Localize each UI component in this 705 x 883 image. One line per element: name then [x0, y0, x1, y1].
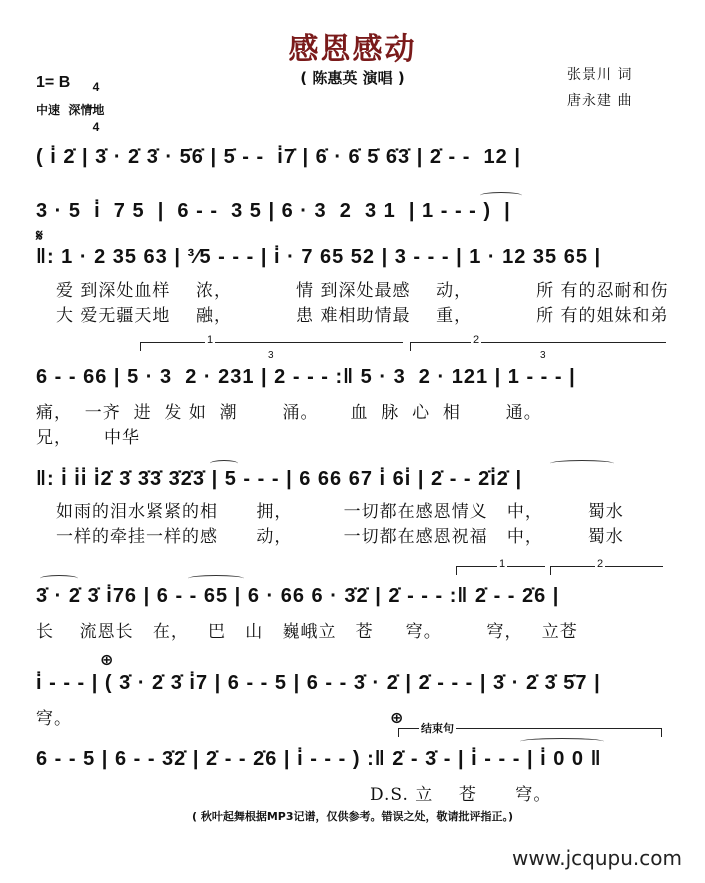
volta-bracket-1: 1 — [456, 566, 545, 575]
lyric-line-chorus-1b: 一样的牵挂一样的感 动， 一切都在感恩祝福 中， 蜀水 — [56, 522, 624, 547]
volta-bracket-2: 2 — [410, 342, 666, 351]
notation-line-intro-2: 3 · 5 i̇ 7 5 | 6 - - 3 5 | 6 · 3 2 3 1 |… — [36, 200, 511, 223]
time-signature-bottom: 4 — [93, 120, 100, 134]
lyric-line-chorus-2: 长 流恩长 在， 巴 山 巍峨立 苍 穹。 穹， 立苍 — [36, 617, 578, 642]
triplet-mark-1: 3 — [268, 350, 274, 361]
key-signature: 1= B — [36, 74, 70, 92]
ending-bracket: 结束句 — [398, 728, 662, 737]
lyric-line-coda-2: D.S. 立 苍 穹。 — [370, 780, 551, 805]
volta-bracket-2: 2 — [550, 566, 663, 575]
notation-line-chorus-2: 3̇ · 2̇ 3̇ i̇76 | 6 - - 65 | 6 · 66 6 · … — [36, 585, 559, 608]
song-title: 感恩感动 — [0, 24, 705, 68]
tie-slur — [210, 460, 238, 467]
notation-line-verse-1: ‖: 1 · 2 35 63 | ³⁄5 - - - | i̇ · 7 65 5… — [36, 246, 601, 269]
composer-credit: 唐永建 曲 — [567, 90, 632, 110]
lyric-line-verse-2a: 痛， 一齐 进 发 如 潮 涌。 血 脉 心 相 通。 — [36, 398, 542, 423]
tie-slur — [520, 738, 604, 745]
lyricist-credit: 张景川 词 — [567, 64, 632, 84]
notation-line-coda-1: i̇ - - - | ( 3̇ · 2̇ 3̇ i̇7 | 6 - - 5 | … — [36, 672, 601, 695]
coda-icon: ⊕ — [390, 708, 403, 728]
site-watermark: www.jcqupu.com — [512, 846, 682, 870]
tempo-marking: 中速 深情地 — [36, 101, 104, 118]
tie-slur — [188, 575, 244, 582]
notation-line-coda-2: 6 - - 5 | 6 - - 3̇2̇ | 2̇ - - 2̇6 | i̇ -… — [36, 748, 602, 771]
lyric-line-verse-1a: 爱 到深处血样 浓， 情 到深处最感 动， 所 有的忍耐和伤 — [56, 276, 669, 301]
lyric-line-coda-1: 穹。 — [36, 704, 72, 729]
tie-slur — [480, 192, 522, 199]
segno-icon: 𝄋 — [36, 228, 43, 246]
notation-line-verse-2: 6 - - 66 | 5 · 3 2 · 231 | 2 - - - :‖ 5 … — [36, 366, 576, 389]
notation-line-chorus-1: ‖: i̇ i̇i̇ i̇2̇ 3̇ 3̇3̇ 3̇2̇3̇ | 5 - - -… — [36, 468, 522, 491]
tie-slur — [550, 460, 614, 467]
tie-slur — [40, 575, 78, 582]
coda-icon: ⊕ — [100, 650, 113, 670]
lyric-line-chorus-1a: 如雨的泪水紧紧的相 拥， 一切都在感恩情义 中， 蜀水 — [56, 497, 624, 522]
notation-line-intro-1: ( i̇ 2̇ | 3̇ · 2̇ 3̇ · 5̇6̇ | 5̇ - - i̇7… — [36, 146, 521, 169]
lyric-line-verse-1b: 大 爱无疆天地 融， 患 难相助情最 重， 所 有的姐妹和弟 — [56, 301, 669, 326]
lyric-line-verse-2b: 兄， 中华 — [36, 423, 140, 448]
transcription-note: ( 秋叶起舞根据MP3记谱，仅供参考。错误之处，敬请批评指正。) — [0, 808, 705, 824]
time-signature-top: 4 — [93, 80, 100, 94]
triplet-mark-2: 3 — [540, 350, 546, 361]
